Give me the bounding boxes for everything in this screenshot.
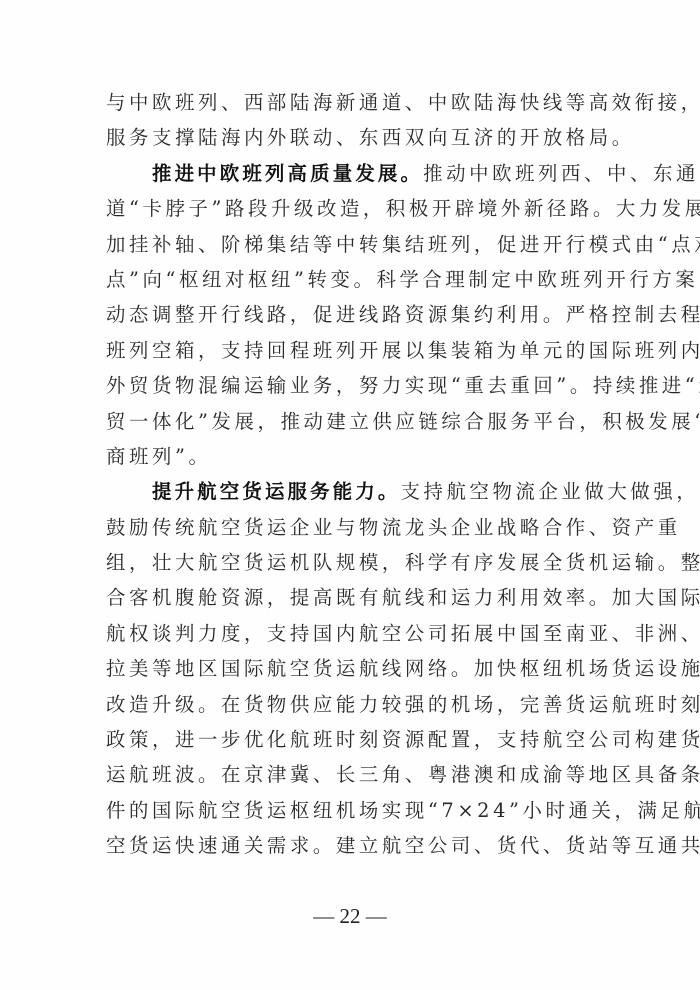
text-line: 商班列”。	[106, 439, 598, 474]
text-line: 改造升级。在货物供应能力较强的机场，完善货运航班时刻	[106, 687, 598, 722]
text-line: 道“卡脖子”路段升级改造，积极开辟境外新径路。大力发展	[106, 191, 598, 226]
text-line: 组，壮大航空货运机队规模，科学有序发展全货机运输。整	[106, 545, 598, 580]
text-line: 动态调整开行线路，促进线路资源集约利用。严格控制去程	[106, 297, 598, 332]
text-line: 合客机腹舱资源，提高既有航线和运力利用效率。加大国际	[106, 580, 598, 615]
text-line: 运航班波。在京津冀、长三角、粤港澳和成渝等地区具备条	[106, 757, 598, 792]
text-line: 与中欧班列、西部陆海新通道、中欧陆海快线等高效衔接，	[106, 85, 598, 120]
body-text: 与中欧班列、西部陆海新通道、中欧陆海快线等高效衔接， 服务支撑陆海内外联动、东西…	[106, 85, 598, 864]
paragraph-heading: 提升航空货运服务能力。	[152, 480, 401, 503]
text-line: 航权谈判力度，支持国内航空公司拓展中国至南亚、非洲、	[106, 616, 598, 651]
text-line: 鼓励传统航空货运企业与物流龙头企业战略合作、资产重	[106, 510, 598, 545]
text-run: 支持航空物流企业做大做强，	[401, 480, 700, 503]
text-line: 点”向“枢纽对枢纽”转变。科学合理制定中欧班列开行方案，	[106, 262, 598, 297]
text-line: 件的国际航空货运枢纽机场实现“7×24”小时通关，满足航	[106, 793, 598, 828]
text-line: 贸一体化”发展，推动建立供应链综合服务平台，积极发展“电	[106, 404, 598, 439]
text-line: 外贸货物混编运输业务，努力实现“重去重回”。持续推进“运	[106, 368, 598, 403]
text-line: 政策，进一步优化航班时刻资源配置，支持航空公司构建货	[106, 722, 598, 757]
page-number: — 22 —	[0, 904, 700, 929]
document-page: 与中欧班列、西部陆海新通道、中欧陆海快线等高效衔接， 服务支撑陆海内外联动、东西…	[0, 0, 700, 990]
paragraph-heading: 推进中欧班列高质量发展。	[152, 162, 423, 185]
text-line: 拉美等地区国际航空货运航线网络。加快枢纽机场货运设施	[106, 651, 598, 686]
text-line: 加挂补轴、阶梯集结等中转集结班列，促进开行模式由“点对	[106, 227, 598, 262]
text-line: 服务支撑陆海内外联动、东西双向互济的开放格局。	[106, 120, 598, 155]
text-line: 班列空箱，支持回程班列开展以集装箱为单元的国际班列内	[106, 333, 598, 368]
text-run: 推动中欧班列西、中、东通	[423, 162, 699, 185]
paragraph-first-line: 提升航空货运服务能力。支持航空物流企业做大做强，	[106, 474, 598, 509]
text-line: 空货运快速通关需求。建立航空公司、货代、货站等互通共	[106, 828, 598, 863]
paragraph-first-line: 推进中欧班列高质量发展。推动中欧班列西、中、东通	[106, 156, 598, 191]
